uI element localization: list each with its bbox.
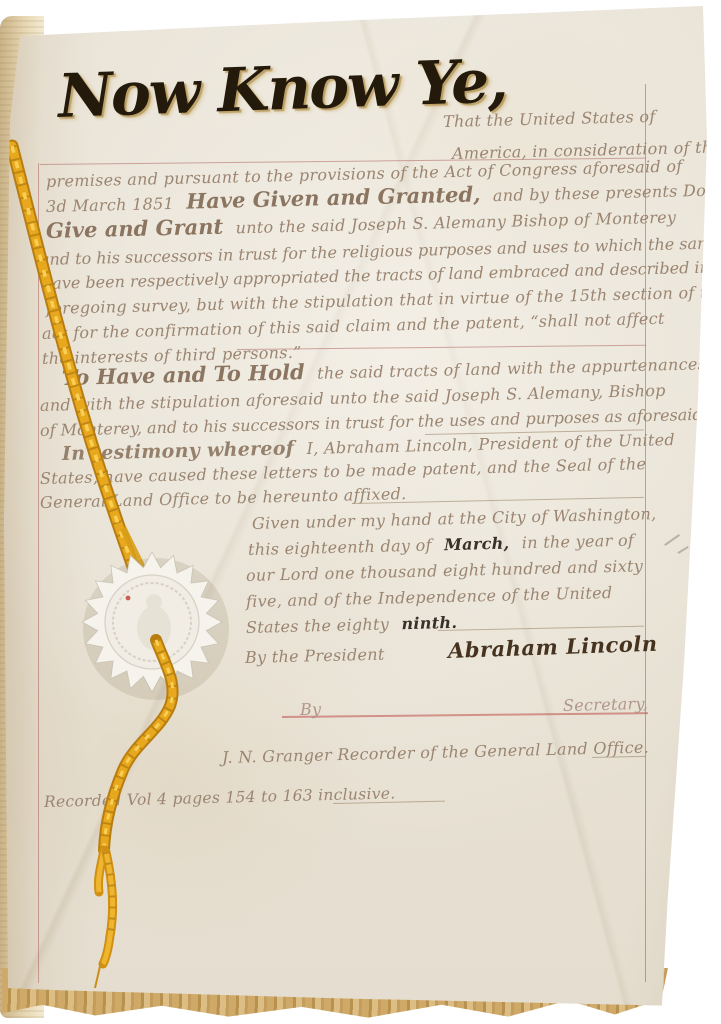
document-heading: Now Know Ye,	[57, 46, 508, 132]
ms-segment-display: Give and Grant	[46, 214, 224, 243]
ms-segment: this eighteenth day of	[248, 536, 432, 559]
general-land-office-embossed-seal	[82, 552, 229, 700]
secretary-title-word: Secretary,	[563, 692, 649, 718]
flourish-line	[438, 626, 644, 631]
intro-line-1: That the United States of	[443, 105, 656, 134]
president-signature: Abraham Lincoln	[448, 631, 658, 663]
ms-segment-filled-in: March,	[444, 534, 510, 555]
ms-segment: unto the said Joseph S. Alemany Bishop o…	[235, 208, 676, 238]
pencil-mark	[664, 534, 680, 546]
gold-ribbon-lower	[95, 640, 173, 988]
ms-segment: and by these presents Do	[493, 181, 707, 205]
ms-segment: 3d March 1851	[46, 194, 174, 216]
left-margin-rule	[38, 163, 39, 983]
parchment-page: Now Know Ye, That the United States of A…	[0, 0, 721, 1024]
ms-segment: States the eighty	[246, 615, 390, 637]
ms-line: States the eighty ninth.	[246, 611, 458, 640]
secretary-by-word: By	[300, 697, 322, 722]
red-ink-dot	[126, 596, 131, 601]
scanned-document-page: Now Know Ye, That the United States of A…	[0, 0, 721, 1024]
recorder-attestation-line: J. N. Granger Recorder of the General La…	[222, 736, 650, 770]
recorded-volume-note: Recorded Vol 4 pages 154 to 163 inclusiv…	[44, 781, 396, 814]
ms-segment: in the year of	[522, 531, 635, 553]
ms-segment-filled-in: ninth.	[401, 613, 457, 633]
by-the-president-line: By the President	[245, 643, 385, 670]
ms-segment-display: To Have and To Hold	[62, 359, 305, 390]
pencil-mark	[677, 546, 688, 554]
